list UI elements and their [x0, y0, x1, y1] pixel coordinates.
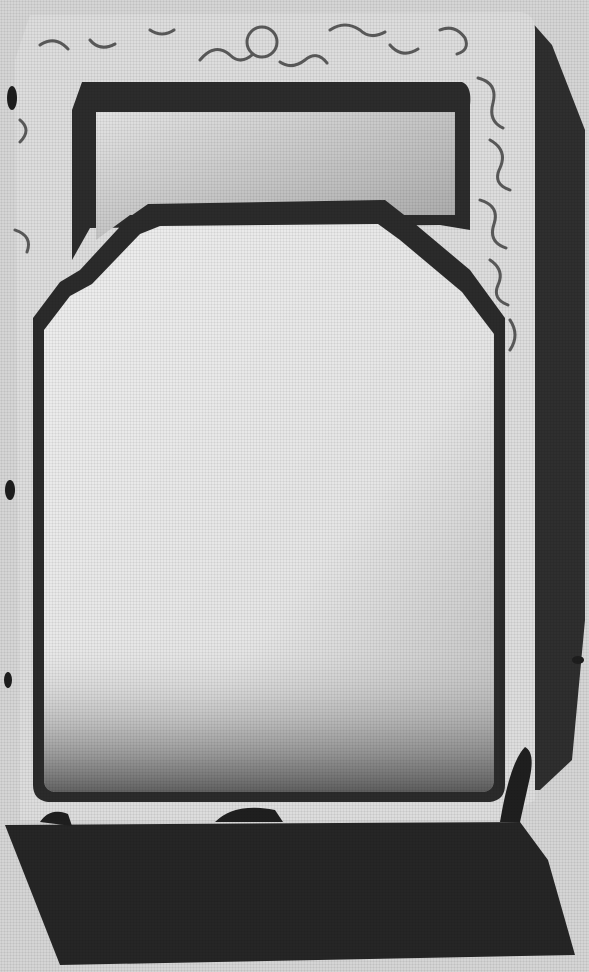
- inkstone-photo: [0, 0, 589, 972]
- grinding-surface-shade: [44, 640, 494, 792]
- stone-bottom-shadow: [5, 822, 575, 965]
